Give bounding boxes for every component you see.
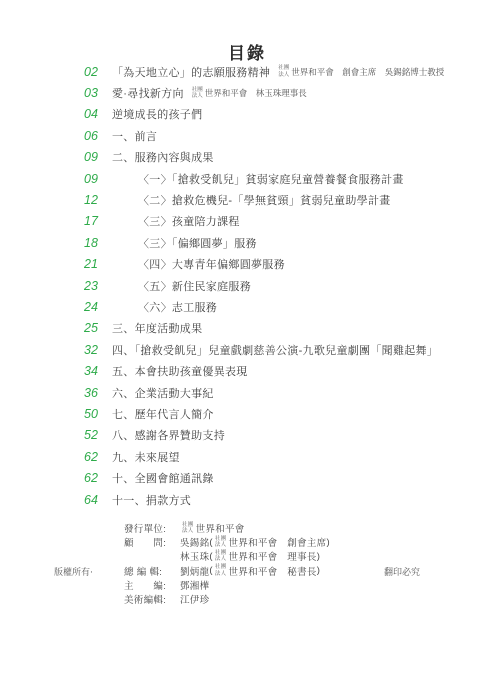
toc-page-number: 21: [84, 257, 108, 271]
colophon-line: 美術編輯:江伊珍: [124, 592, 494, 606]
org-name: 世界和平會 創會主席: [228, 535, 326, 549]
toc-page: 目錄 02「為天地立心」的志願服務精神社團法人世界和平會 創會主席 吳錫銘博士教…: [0, 0, 494, 700]
toc-entry-title: 九、未來展望: [112, 449, 180, 465]
toc-entry-title: 四、「搶救受飢兒」兒童戲劇慈善公演-九歌兒童劇團「聞雞起舞」: [112, 342, 438, 358]
toc-entry: 04逆境成長的孩子們: [0, 104, 494, 125]
copyright-notice: 版權所有‧: [54, 565, 93, 578]
paren-close: ): [317, 551, 320, 562]
toc-page-number: 32: [84, 343, 108, 357]
paren-close: ): [317, 565, 320, 576]
toc-entry: 34五、本會扶助孩童優異表現: [0, 360, 494, 381]
toc-entry-title: 〈三〉孩童陪力課程: [138, 213, 240, 229]
toc-entry-annotation: 世界和平會 創會主席 吳錫銘博士教授: [291, 66, 444, 78]
toc-entry: 32四、「搶救受飢兒」兒童戲劇慈善公演-九歌兒童劇團「聞雞起舞」: [0, 339, 494, 360]
paren-open: (: [209, 537, 212, 548]
toc-entry: 21〈四〉大專青年偏鄉圓夢服務: [0, 254, 494, 275]
colophon-label: 主 編:: [124, 578, 180, 592]
toc-entry-title: 逆境成長的孩子們: [112, 106, 202, 122]
org-name: 世界和平會: [196, 521, 245, 535]
toc-entry-title: 七、歷年代言人簡介: [112, 406, 214, 422]
toc-entry: 62九、未來展望: [0, 446, 494, 467]
toc-entry: 06一、前言: [0, 125, 494, 146]
org-type-bottom: 法人: [278, 72, 289, 78]
toc-page-number: 25: [84, 321, 108, 335]
toc-entry-title: 五、本會扶助孩童優異表現: [112, 363, 248, 379]
person-name: 劉炳龍: [180, 564, 209, 578]
toc-entry-title: 三、年度活動成果: [112, 320, 202, 336]
person-name: 林玉珠: [180, 549, 209, 563]
toc-entry: 03愛·尋找新方向社團法人世界和平會 林玉珠理事長: [0, 82, 494, 103]
toc-entry-title: 六、企業活動大事紀: [112, 385, 214, 401]
toc-page-number: 02: [84, 65, 108, 79]
toc-entry: 23〈五〉新住民家庭服務: [0, 275, 494, 296]
person-name: 吳錫銘: [180, 535, 209, 549]
person-name: 江伊珍: [180, 592, 209, 606]
toc-entry: 50七、歷年代言人簡介: [0, 403, 494, 424]
toc-entry: 62十、全國會館通訊錄: [0, 467, 494, 488]
colophon: 發行單位:社團法人 世界和平會顧 問:吳錫銘(社團法人 世界和平會 創會主席)林…: [0, 521, 494, 606]
reprint-notice: 翻印必究: [384, 565, 420, 578]
toc-page-number: 03: [84, 86, 108, 100]
toc-entry-title: 〈五〉新住民家庭服務: [138, 278, 251, 294]
toc-list: 02「為天地立心」的志願服務精神社團法人世界和平會 創會主席 吳錫銘博士教授03…: [0, 61, 494, 510]
toc-entry: 18〈三〉「偏鄉圓夢」服務: [0, 232, 494, 253]
toc-page-number: 23: [84, 279, 108, 293]
colophon-line: 林玉珠(社團法人 世界和平會 理事長): [124, 549, 494, 563]
toc-entry: 25三、年度活動成果: [0, 318, 494, 339]
toc-entry: 09〈一〉「搶救受飢兒」貧弱家庭兒童營養餐食服務計畫: [0, 168, 494, 189]
toc-page-number: 34: [84, 364, 108, 378]
org-type-label: 社團法人: [192, 87, 203, 100]
toc-entry-title: 十、全國會館通訊錄: [112, 470, 214, 486]
toc-page-number: 52: [84, 428, 108, 442]
colophon-line: 發行單位:社團法人 世界和平會: [124, 521, 494, 535]
toc-page-number: 50: [84, 407, 108, 421]
org-type-bottom: 法人: [182, 528, 194, 534]
org-type-label: 社團法人: [182, 522, 194, 535]
org-type-label: 社團法人: [278, 65, 289, 78]
toc-entry: 09二、服務內容與成果: [0, 147, 494, 168]
toc-entry-title: 〈六〉志工服務: [138, 299, 217, 315]
org-type-label: 社團法人: [215, 564, 227, 577]
person-name: 鄧湘樺: [180, 578, 209, 592]
org-name: 世界和平會 理事長: [228, 549, 316, 563]
colophon-label: 發行單位:: [124, 521, 180, 535]
org-type-bottom: 法人: [215, 571, 227, 577]
toc-page-number: 09: [84, 172, 108, 186]
org-type-bottom: 法人: [215, 556, 227, 562]
toc-entry-title: 〈四〉大專青年偏鄉圓夢服務: [138, 256, 285, 272]
toc-entry-title: 「為天地立心」的志願服務精神: [112, 64, 270, 80]
colophon-label: 顧 問:: [124, 535, 180, 549]
colophon-line: 顧 問:吳錫銘(社團法人 世界和平會 創會主席): [124, 535, 494, 549]
toc-entry: 64十一、捐款方式: [0, 489, 494, 510]
toc-entry-title: 二、服務內容與成果: [112, 149, 214, 165]
toc-entry-title: 十一、捐款方式: [112, 492, 191, 508]
org-name: 世界和平會 秘書長: [228, 564, 316, 578]
toc-page-number: 18: [84, 236, 108, 250]
org-type-bottom: 法人: [215, 542, 227, 548]
toc-entry: 02「為天地立心」的志願服務精神社團法人世界和平會 創會主席 吳錫銘博士教授: [0, 61, 494, 82]
toc-entry: 24〈六〉志工服務: [0, 296, 494, 317]
toc-page-number: 36: [84, 386, 108, 400]
toc-entry-title: 〈三〉「偏鄉圓夢」服務: [138, 235, 257, 251]
toc-page-number: 17: [84, 214, 108, 228]
org-type-label: 社團法人: [215, 550, 227, 563]
toc-page-number: 12: [84, 193, 108, 207]
org-type-label: 社團法人: [215, 536, 227, 549]
toc-page-number: 62: [84, 471, 108, 485]
paren-open: (: [209, 551, 212, 562]
toc-page-number: 04: [84, 107, 108, 121]
toc-entry: 17〈三〉孩童陪力課程: [0, 211, 494, 232]
toc-entry: 52八、感謝各界贊助支持: [0, 425, 494, 446]
toc-page-number: 62: [84, 450, 108, 464]
toc-page-number: 64: [84, 493, 108, 507]
colophon-label: 美術編輯:: [124, 592, 180, 606]
toc-entry-title: 一、前言: [112, 128, 157, 144]
toc-entry-title: 愛·尋找新方向: [112, 85, 184, 101]
toc-entry-title: 〈一〉「搶救受飢兒」貧弱家庭兒童營養餐食服務計畫: [138, 171, 404, 187]
toc-entry-title: 八、感謝各界贊助支持: [112, 427, 225, 443]
toc-entry: 12〈二〉搶救危機兒-「學無貧頸」貧弱兒童助學計畫: [0, 189, 494, 210]
toc-entry: 36六、企業活動大事紀: [0, 382, 494, 403]
org-type-bottom: 法人: [192, 93, 203, 99]
paren-close: ): [327, 537, 330, 548]
toc-page-number: 09: [84, 150, 108, 164]
toc-page-number: 24: [84, 300, 108, 314]
toc-page-number: 06: [84, 129, 108, 143]
toc-entry-annotation: 世界和平會 林玉珠理事長: [205, 87, 307, 99]
paren-open: (: [209, 565, 212, 576]
colophon-label: 總 編 輯:: [124, 564, 180, 578]
toc-entry-title: 〈二〉搶救危機兒-「學無貧頸」貧弱兒童助學計畫: [138, 192, 391, 208]
colophon-line: 主 編:鄧湘樺: [124, 578, 494, 592]
colophon-line: 總 編 輯:劉炳龍(社團法人 世界和平會 秘書長): [124, 564, 494, 578]
